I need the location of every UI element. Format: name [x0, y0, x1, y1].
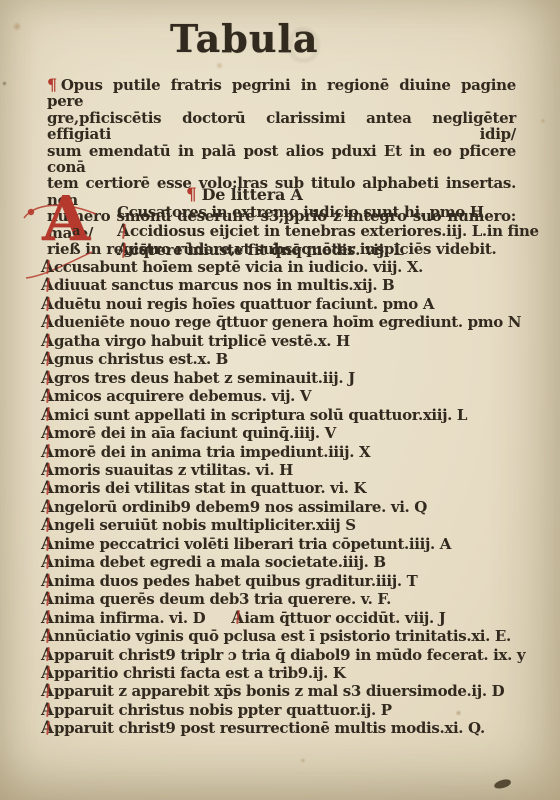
- index-entries-indented: Ccusatores in extremo iudicio sunt hi. p…: [117, 203, 539, 260]
- index-entry: Accidiosus eijciet in tenebras exteriore…: [117, 222, 539, 241]
- entry-text: nima infirma. vi. D: [54, 609, 205, 627]
- rubricated-initial: A: [41, 313, 54, 331]
- intro-line: ¶Opus putile fratris pegrini in regionē …: [47, 77, 516, 110]
- rubricated-initial: A: [41, 258, 54, 276]
- foxing-spot: [300, 758, 306, 763]
- entry-text: pparuit christus nobis ppter quattuor.ij…: [54, 701, 392, 719]
- rubricated-initial: A: [41, 479, 54, 497]
- index-entry: Annūciatio vginis quō pclusa est ī psist…: [41, 627, 546, 645]
- rubricated-initial: A: [117, 241, 130, 260]
- rubricated-initial: A: [41, 664, 54, 682]
- book-page: Tabula ¶Opus putile fratris pegrini in r…: [0, 0, 560, 800]
- rubricated-initial: A: [41, 553, 54, 571]
- index-entry: Angelorū ordinib9 debem9 nos assimilare.…: [41, 498, 546, 516]
- index-entry: Adueniēte nouo rege q̄ttuor genera hoīm …: [41, 313, 546, 331]
- entry-text: micos acquirere debemus. vij. V: [54, 387, 311, 405]
- entry-text: nima duos pedes habet quibus graditur.ii…: [54, 572, 417, 590]
- index-entry: Amorē dei in anima tria impediunt.iiij. …: [41, 443, 546, 461]
- entry-text: ccusabunt hoīem septē vicia in iudicio. …: [54, 258, 423, 276]
- rubricated-initial: A: [41, 332, 54, 350]
- foxing-spot: [12, 22, 22, 31]
- index-entry: Adiuuat sanctus marcus nos in multis.xij…: [41, 276, 546, 294]
- index-entry: Amoris suauitas z vtilitas. vi. H: [41, 461, 546, 479]
- entry-text: nima querēs deum deb3 tria querere. v. F…: [54, 590, 391, 608]
- entry-text: iam q̄ttuor occidūt. viij. J: [244, 609, 445, 627]
- index-entry: Accusabunt hoīem septē vicia in iudicio.…: [41, 258, 546, 276]
- entry-text: pparuit christ9 triplr ɔ tria q̄ diabol9…: [54, 646, 525, 664]
- intro-line: gre,pficiscētis doctorū clarissimi antea…: [47, 110, 516, 143]
- rubricated-initial: A: [41, 609, 54, 627]
- index-entry: Angeli seruiūt nobis multipliciter.xiij …: [41, 516, 546, 534]
- pilcrow-icon: ¶: [186, 185, 202, 205]
- intro-line: sum emendatū in palā post alios pduxi Et…: [47, 143, 516, 176]
- index-entry: Amoris dei vtilitas stat in quattuor. vi…: [41, 479, 546, 497]
- entry-text: gnus christus est.x. B: [54, 350, 228, 368]
- index-entry: Anime peccatrici volēti liberari tria cō…: [41, 535, 546, 553]
- rubricated-initial: A: [41, 369, 54, 387]
- rubricated-initial: A: [41, 387, 54, 405]
- rubricated-initial: A: [41, 646, 54, 664]
- index-entry: Apparuit christus nobis ppter quattuor.i…: [41, 701, 546, 719]
- rubricated-initial: A: [41, 498, 54, 516]
- entry-text: pparitio christi facta est a trib9.ij. K: [54, 664, 346, 682]
- rubricated-initial: A: [41, 719, 54, 737]
- entry-text: cq̄rere iniuste fit q̄nq̄ modis. vij. L: [130, 241, 404, 259]
- index-entry: Aduētu noui regis hoīes quattuor faciunt…: [41, 295, 546, 313]
- intro-line-text: Opus putile fratris pegrini in regionē d…: [47, 76, 516, 110]
- entry-text: duētu noui regis hoīes quattuor faciunt.…: [54, 295, 434, 313]
- entry-text: morē dei in anima tria impediunt.iiij. X: [54, 443, 370, 461]
- entry-text: moris suauitas z vtilitas. vi. H: [54, 461, 293, 479]
- pilcrow-icon: ¶: [47, 75, 61, 94]
- index-entry: Amicos acquirere debemus. vij. V: [41, 387, 546, 405]
- entry-text: nima debet egredi a mala societate.iiij.…: [54, 553, 386, 571]
- rubricated-initial: A: [41, 627, 54, 645]
- index-entries: Accusabunt hoīem septē vicia in iudicio.…: [41, 258, 546, 738]
- index-entry: Apparitio christi facta est a trib9.ij. …: [41, 664, 546, 682]
- rubricated-initial: A: [231, 609, 244, 627]
- entry-text: moris dei vtilitas stat in quattuor. vi.…: [54, 479, 366, 497]
- rubricated-initial: A: [41, 295, 54, 313]
- entry-text: diuuat sanctus marcus nos in multis.xij.…: [54, 276, 394, 294]
- entry-text: gros tres deus habet z seminauit.iij. J: [54, 369, 355, 387]
- index-entry: Agatha virgo habuit triplicē vestē.x. H: [41, 332, 546, 350]
- drop-cap-letter: A: [42, 188, 90, 250]
- index-entry: Apparuit christ9 triplr ɔ tria q̄ diabol…: [41, 646, 546, 664]
- entry-text: gatha virgo habuit triplicē vestē.x. H: [54, 332, 350, 350]
- index-entry: Agros tres deus habet z seminauit.iij. J: [41, 369, 546, 387]
- entry-text: pparuit z apparebit xp̄s bonis z mal s3 …: [54, 682, 504, 700]
- ink-blot: [493, 778, 511, 789]
- entry-text: nime peccatrici volēti liberari tria cōp…: [54, 535, 451, 553]
- rubricated-initial: A: [41, 424, 54, 442]
- rubricated-initial: A: [41, 406, 54, 424]
- index-entry: Agnus christus est.x. B: [41, 350, 546, 368]
- index-entry: Anima infirma. vi. DAiam q̄ttuor occidūt…: [41, 609, 546, 627]
- guide-letter: a: [72, 224, 80, 239]
- section-heading: ¶De littera A: [186, 185, 303, 205]
- ink-ghost-offset-mark: [289, 28, 319, 62]
- rubricated-initial: A: [41, 276, 54, 294]
- rubricated-initial: A: [41, 535, 54, 553]
- rubricated-initial: A: [41, 701, 54, 719]
- rubricated-initial: A: [41, 461, 54, 479]
- index-entry: Amici sunt appellati in scriptura solū q…: [41, 406, 546, 424]
- index-entry: Apparuit z apparebit xp̄s bonis z mal s3…: [41, 682, 546, 700]
- index-entry: Anima debet egredi a mala societate.iiij…: [41, 553, 546, 571]
- entry-text: ngeli seruiūt nobis multipliciter.xiij S: [54, 516, 356, 534]
- index-entry: Apparuit christ9 post resurrectionē mult…: [41, 719, 546, 737]
- index-entry: Anima duos pedes habet quibus graditur.i…: [41, 572, 546, 590]
- entry-text: ngelorū ordinib9 debem9 nos assimilare. …: [54, 498, 427, 516]
- rubricated-initial: A: [41, 443, 54, 461]
- index-entry: Acq̄rere iniuste fit q̄nq̄ modis. vij. L: [117, 241, 539, 260]
- entry-text: pparuit christ9 post resurrectionē multi…: [54, 719, 485, 737]
- foxing-spot: [215, 62, 224, 69]
- entry-text: dueniēte nouo rege q̄ttuor genera hoīm e…: [54, 313, 521, 331]
- index-entry: Ccusatores in extremo iudicio sunt hi. p…: [117, 203, 539, 222]
- section-heading-text: De littera A: [202, 185, 303, 204]
- foxing-spot: [2, 81, 7, 86]
- index-entry: Anima querēs deum deb3 tria querere. v. …: [41, 590, 546, 608]
- foxing-spot: [540, 118, 546, 124]
- rubricated-initial: A: [41, 350, 54, 368]
- entry-text: nnūciatio vginis quō pclusa est ī psisto…: [54, 627, 511, 645]
- rubricated-initial: A: [41, 682, 54, 700]
- rubricated-initial: A: [41, 572, 54, 590]
- entry-text: mici sunt appellati in scriptura solū qu…: [54, 406, 467, 424]
- index-entry: Amorē dei in aīa faciunt quinq̄.iiij. V: [41, 424, 546, 442]
- rubricated-initial: A: [117, 222, 130, 241]
- rubricated-initial: A: [41, 590, 54, 608]
- entry-text: morē dei in aīa faciunt quinq̄.iiij. V: [54, 424, 336, 442]
- entry-text: Ccusatores in extremo iudicio sunt hi. p…: [117, 203, 484, 221]
- entry-text: ccidiosus eijciet in tenebras exteriores…: [130, 222, 539, 240]
- rubricated-initial: A: [41, 516, 54, 534]
